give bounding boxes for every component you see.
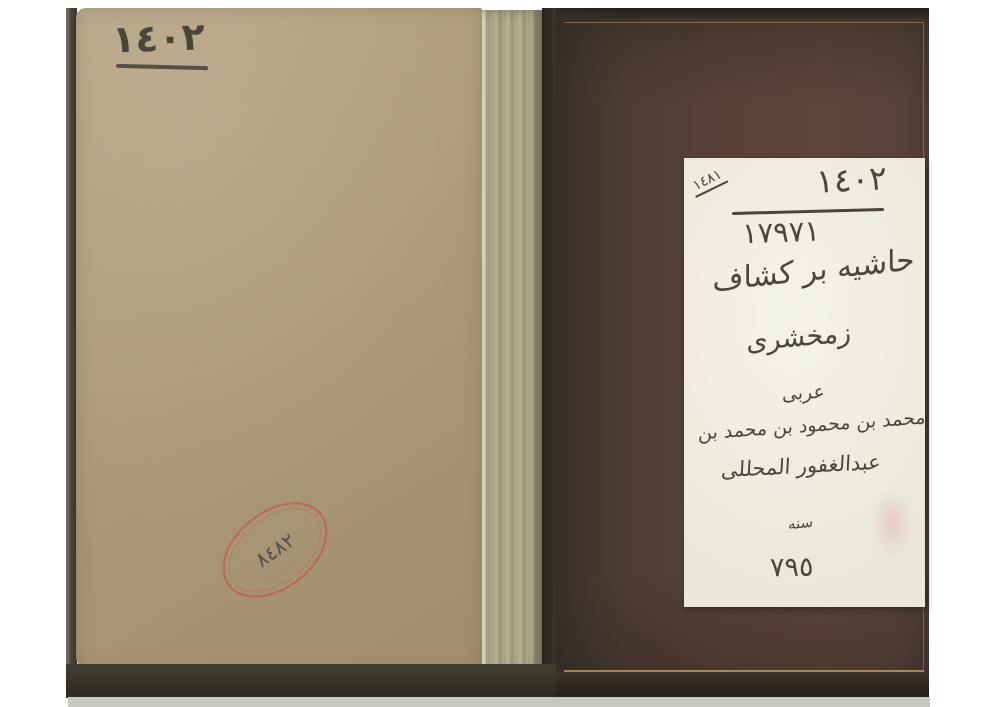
left-endpaper-page: ١٤٠٢ ٨٤٨٢ xyxy=(76,8,482,672)
stamp-pencil-number: ٨٤٨٢ xyxy=(204,484,345,616)
label-year-word: سنه xyxy=(788,513,813,534)
label-shelf-number: ١٤٠٢ xyxy=(815,158,888,201)
pencil-call-number: ١٤٠٢ xyxy=(111,14,205,61)
label-accession-number: ١٧٩٧١ xyxy=(741,214,820,251)
cover-bottom-edge xyxy=(556,672,929,698)
label-author: زمخشری xyxy=(724,315,874,359)
leather-cover: ١٤٨١ ١٤٠٢ ١٧٩٧١ حاشیه بر کشاف زمخشری عرب… xyxy=(556,8,929,698)
cover-spine-shading xyxy=(556,8,626,698)
label-title: حاشیه بر کشاف xyxy=(713,244,898,299)
label-pink-smudge xyxy=(871,488,913,558)
label-scribe-line2: عبدالغفور المحللی xyxy=(711,449,890,482)
pencil-call-number-underline xyxy=(116,64,208,70)
label-language: عربی xyxy=(782,380,825,405)
paper-label: ١٤٨١ ١٤٠٢ ١٧٩٧١ حاشیه بر کشاف زمخشری عرب… xyxy=(684,158,925,607)
library-stamp: ٨٤٨٢ xyxy=(204,483,345,617)
gold-fillet-top xyxy=(564,22,924,23)
label-scribe-line1: محمد بن محمود بن محمد بن xyxy=(698,407,912,444)
book-scan: ١٤٠٢ ٨٤٨٢ ١٤٨١ ١٤٠٢ ١٧٩٧١ حاش xyxy=(66,0,930,707)
label-corner-number: ١٤٨١ xyxy=(688,165,729,198)
book-gutter-page-edges xyxy=(482,10,544,672)
manuscript-scan-stage: ١٤٠٢ ٨٤٨٢ ١٤٨١ ١٤٠٢ ١٧٩٧١ حاش xyxy=(0,0,1000,707)
spine-shadow-gap xyxy=(542,8,556,672)
scanner-tray-strip xyxy=(68,697,930,707)
label-year-number: ٧٩٥ xyxy=(770,552,814,584)
scanner-tray-shadow xyxy=(66,664,556,698)
